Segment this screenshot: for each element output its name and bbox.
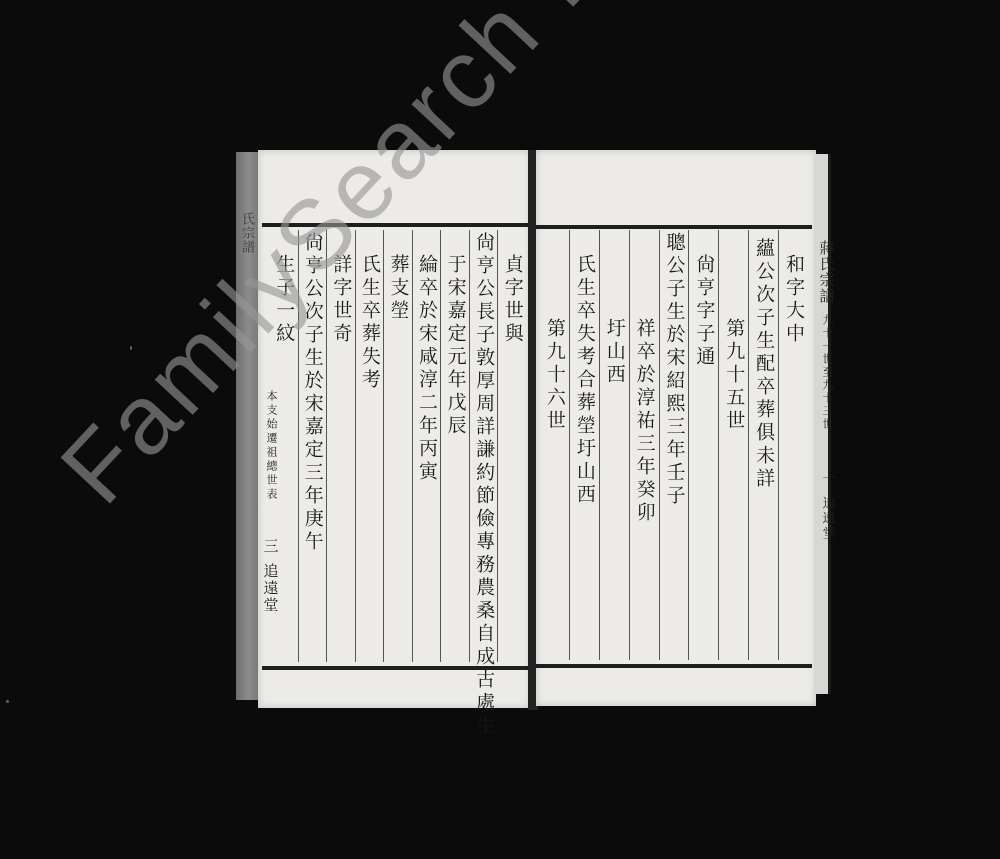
text-column: 于宋嘉定元年戊辰 <box>440 230 469 662</box>
spouse-text: 氏生卒葬失考 <box>360 254 379 662</box>
text-column: 氏生卒失考合葬塋圩山西 <box>569 230 599 660</box>
biography-text: 蘊公次子生配卒葬俱未詳 <box>754 238 773 660</box>
open-genealogy-book: 氏宗譜 本支始遷祖總世表 三 追遠堂 貞字世與 尙亨公長子敦厚周詳謙約節儉專務農… <box>236 150 832 710</box>
page-number: 一 <box>818 471 837 484</box>
biography-text: 綸卒於宋咸淳二年丙寅 <box>417 254 436 662</box>
spouse-text: 氏生卒失考合葬塋圩山西 <box>575 254 594 660</box>
text-column: 聰公子生於宋紹熙三年壬子 <box>659 230 689 660</box>
text-column: 第九十六世 <box>540 230 569 660</box>
text-column: 祥卒於淳祐三年癸卯 <box>629 230 659 660</box>
text-column: 綸卒於宋咸淳二年丙寅 <box>412 230 441 662</box>
generation-heading: 第九十五世 <box>724 318 743 660</box>
hall-name: 追遠堂 <box>818 496 837 541</box>
text-column: 生子一紋 <box>270 230 298 662</box>
scan-dust <box>130 346 132 350</box>
generation-name: 貞字世與 <box>503 254 522 662</box>
biography-text: 尙亨公長子敦厚周詳謙約節儉專務農桑自成古處生 <box>474 232 493 662</box>
scan-dust <box>6 700 9 703</box>
text-column: 第九十五世 <box>718 230 748 660</box>
generation-name: 詳字世奇 <box>331 254 350 662</box>
person-name: 尙亨字子通 <box>694 254 713 660</box>
text-column: 氏生卒葬失考 <box>355 230 384 662</box>
biography-text: 于宋嘉定元年戊辰 <box>446 254 465 662</box>
text-column: 尙亨公次子生於宋嘉定三年庚午 <box>298 230 327 662</box>
text-column: 尙亨字子通 <box>688 230 718 660</box>
text-column: 尙亨公長子敦厚周詳謙約節儉專務農桑自成古處生 <box>469 230 498 662</box>
children-text: 生子一紋 <box>274 254 293 662</box>
left-page-columns: 貞字世與 尙亨公長子敦厚周詳謙約節儉專務農桑自成古處生 于宋嘉定元年戊辰 綸卒於… <box>270 230 526 662</box>
top-border-rule <box>262 223 530 227</box>
burial-text: 葬支塋 <box>388 254 407 662</box>
text-column: 葬支塋 <box>383 230 412 662</box>
left-book-edge: 氏宗譜 <box>236 152 260 700</box>
text-column: 貞字世與 <box>497 230 526 662</box>
bottom-border-rule <box>536 664 812 668</box>
spine-title: 氏宗譜 <box>240 212 256 254</box>
biography-text: 祥卒於淳祐三年癸卯 <box>635 318 654 660</box>
right-page-columns: 和字大中 蘊公次子生配卒葬俱未詳 第九十五世 尙亨字子通 聰公子生於宋紹熙三年壬… <box>540 230 808 660</box>
right-page: 和字大中 蘊公次子生配卒葬俱未詳 第九十五世 尙亨字子通 聰公子生於宋紹熙三年壬… <box>536 150 816 706</box>
text-column: 和字大中 <box>778 230 808 660</box>
generation-heading: 第九十六世 <box>545 318 564 660</box>
right-page-margin: 蔣氏宗譜 九十一世至九十三世 一 追遠堂 <box>818 240 836 670</box>
top-border-rule <box>536 225 812 229</box>
generation-name: 和字大中 <box>784 254 803 660</box>
text-column: 圩山西 <box>599 230 629 660</box>
book-title: 蔣氏宗譜 <box>817 240 838 304</box>
biography-text: 聰公子生於宋紹熙三年壬子 <box>664 232 683 660</box>
generation-range: 九十一世至九十三世 <box>819 314 835 431</box>
biography-text: 尙亨公次子生於宋嘉定三年庚午 <box>303 232 322 662</box>
burial-text: 圩山西 <box>605 318 624 660</box>
left-page: 本支始遷祖總世表 三 追遠堂 貞字世與 尙亨公長子敦厚周詳謙約節儉專務農桑自成古… <box>258 150 530 708</box>
text-column: 詳字世奇 <box>326 230 355 662</box>
text-column: 蘊公次子生配卒葬俱未詳 <box>748 230 778 660</box>
